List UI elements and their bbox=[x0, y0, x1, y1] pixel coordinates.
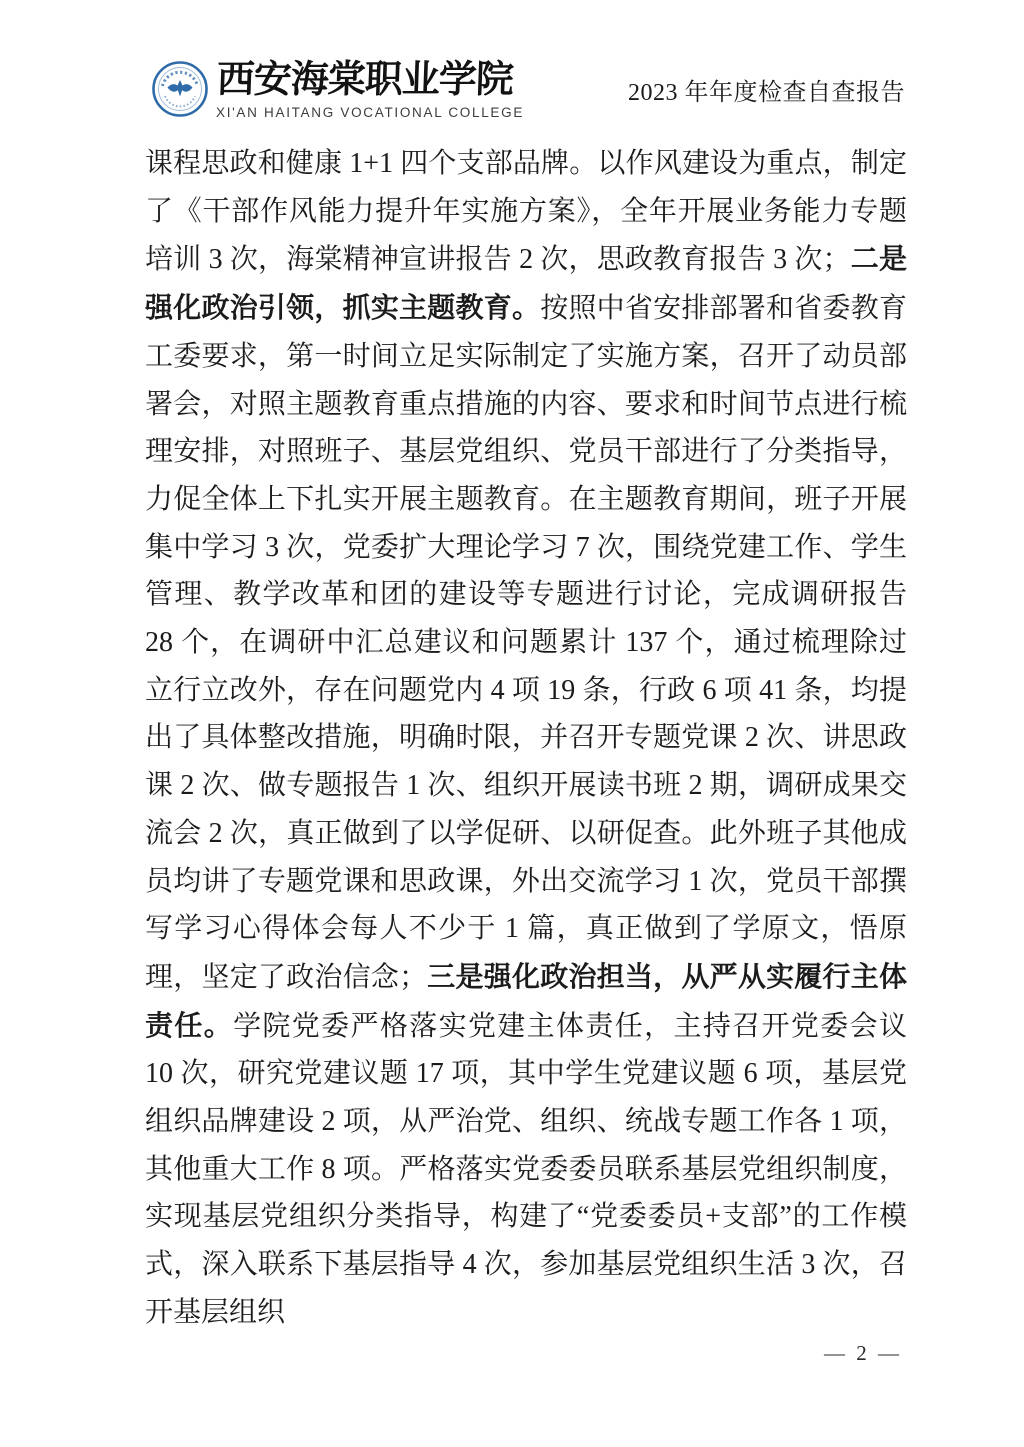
document-page: 西安海棠职业学院 XI'AN HAITANG VOCATIONAL COLLEG… bbox=[0, 0, 1024, 1447]
page-number: — 2 — bbox=[824, 1341, 902, 1366]
body-text-segment: 按照中省安排部署和省委教育工委要求，第一时间立足实际制定了实施方案，召开了动员部… bbox=[145, 293, 907, 993]
body-text-segment: 学院党委严格落实党建主体责任，主持召开党委会议 10 次，研究党建议题 17 项… bbox=[145, 1011, 907, 1328]
report-title: 2023 年年度检查自查报告 bbox=[628, 72, 905, 107]
report-body-paragraph: 课程思政和健康 1+1 四个支部品牌。以作风建设为重点，制定了《干部作风能力提升… bbox=[145, 140, 907, 1337]
college-seal-logo bbox=[151, 60, 209, 118]
college-name-english: XI'AN HAITANG VOCATIONAL COLLEGE bbox=[216, 105, 636, 120]
college-name-block: 西安海棠职业学院 XI'AN HAITANG VOCATIONAL COLLEG… bbox=[216, 58, 636, 120]
body-text-segment: 课程思政和健康 1+1 四个支部品牌。以作风建设为重点，制定了《干部作风能力提升… bbox=[145, 148, 907, 275]
college-name-calligraphy: 西安海棠职业学院 bbox=[216, 58, 638, 102]
college-seal-icon bbox=[151, 60, 209, 118]
